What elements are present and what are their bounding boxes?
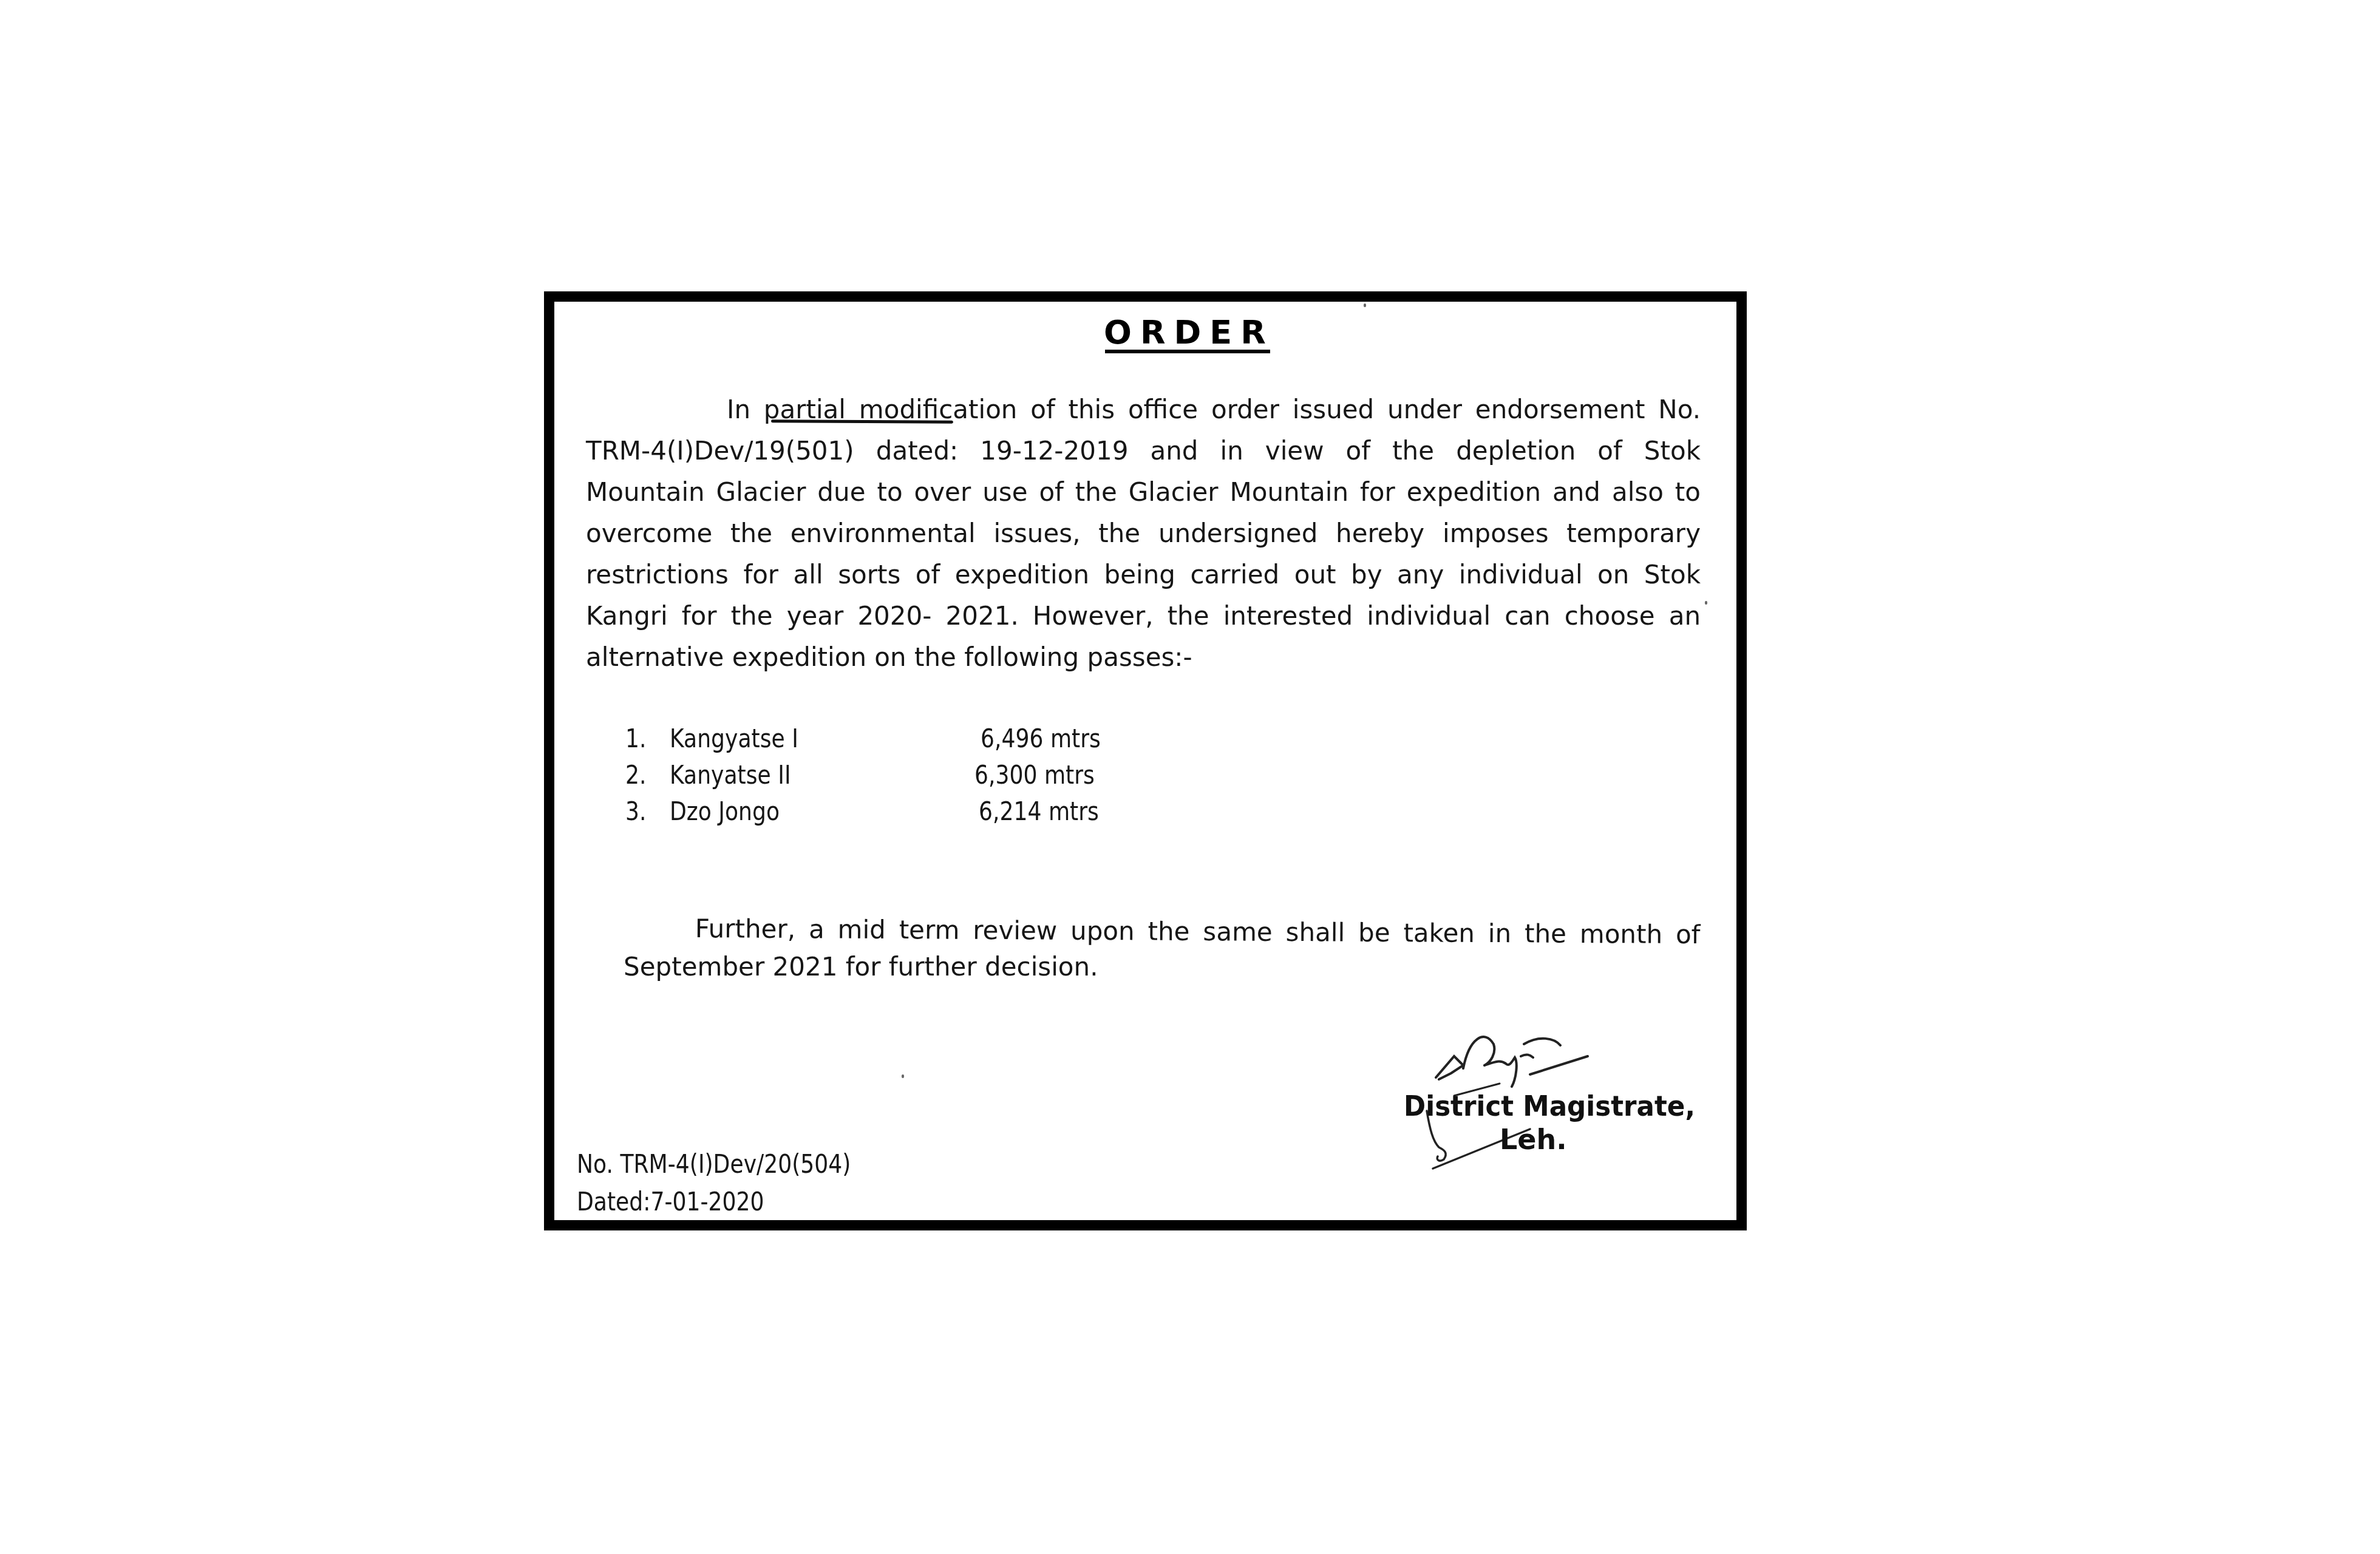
scan-speck	[902, 1074, 904, 1078]
paragraph1-line-2: TRM-4(I)Dev/19(501) dated: 19-12-2019 an…	[586, 436, 1701, 466]
reference-number: No. TRM-4(I)Dev/20(504)	[577, 1149, 851, 1179]
title-underline	[1105, 350, 1270, 353]
scan-speck	[1705, 601, 1707, 605]
signatory-designation: District Magistrate,	[1404, 1090, 1695, 1122]
reference-date: Dated:7-01-2020	[577, 1187, 764, 1217]
item-number: 3.	[625, 796, 646, 827]
paragraph2-line-1: Further, a mid term review upon the same…	[695, 914, 1701, 950]
dated-value: 7-01-2020	[650, 1187, 764, 1216]
signatory-place: Leh.	[1500, 1123, 1567, 1156]
paragraph2-line-2: September 2021 for further decision.	[624, 952, 1738, 982]
paragraph1-line-5: restrictions for all sorts of expedition…	[586, 560, 1701, 590]
pass-height: 6,300 mtrs	[974, 760, 1095, 790]
paragraph1-line-6: Kangri for the year 2020- 2021. However,…	[586, 601, 1701, 631]
item-number: 2.	[625, 760, 646, 790]
pass-height: 6,214 mtrs	[979, 796, 1099, 827]
pass-name: Kangyatse I	[670, 724, 798, 754]
pass-name: Dzo Jongo	[670, 796, 780, 827]
dated-label: Dated:	[577, 1187, 650, 1216]
paragraph1-line-3: Mountain Glacier due to over use of the …	[586, 477, 1701, 507]
pass-name: Kanyatse II	[670, 760, 791, 790]
pass-height: 6,496 mtrs	[981, 724, 1101, 754]
paragraph1-line-7: alternative expedition on the following …	[586, 642, 1701, 673]
order-title: ORDER	[1104, 314, 1274, 351]
scan-speck	[1364, 304, 1366, 307]
paragraph1-line-4: overcome the environmental issues, the u…	[586, 518, 1701, 549]
item-number: 1.	[625, 724, 646, 754]
